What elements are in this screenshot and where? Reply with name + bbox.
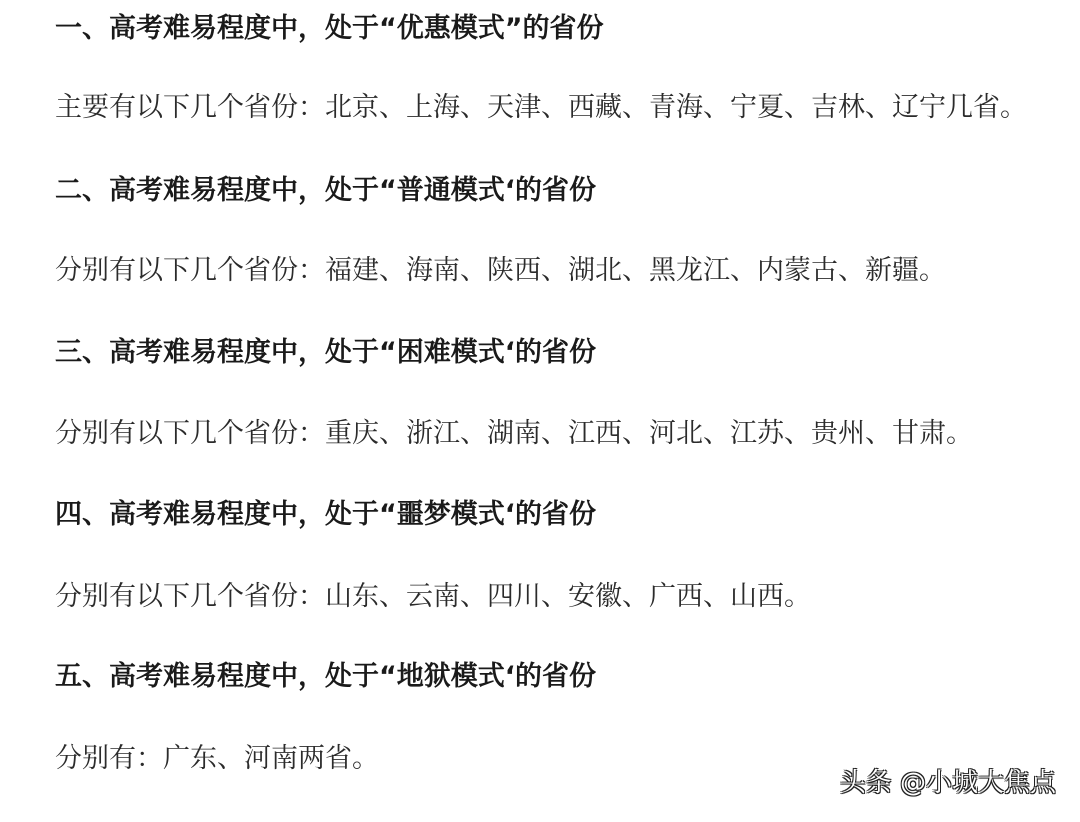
section-1-heading: 一、高考难易程度中，处于“优惠模式”的省份 [55,12,604,46]
section-4-body: 分别有以下几个省份：山东、云南、四川、安徽、广西、山西。 [55,580,811,614]
section-3-body: 分别有以下几个省份：重庆、浙江、湖南、江西、河北、江苏、贵州、甘肃。 [55,417,973,451]
section-3-heading: 三、高考难易程度中，处于“困难模式‘的省份 [55,336,596,370]
section-2-heading: 二、高考难易程度中，处于“普通模式‘的省份 [55,174,596,208]
section-1-body: 主要有以下几个省份：北京、上海、天津、西藏、青海、宁夏、吉林、辽宁几省。 [55,91,1027,125]
watermark: 头条 @小城大焦点 [840,766,1056,800]
section-2-body: 分别有以下几个省份：福建、海南、陕西、湖北、黑龙江、内蒙古、新疆。 [55,254,946,288]
section-5-heading: 五、高考难易程度中，处于“地狱模式‘的省份 [55,660,596,694]
section-5-body: 分别有：广东、河南两省。 [55,742,379,776]
section-4-heading: 四、高考难易程度中，处于“噩梦模式‘的省份 [55,498,596,532]
